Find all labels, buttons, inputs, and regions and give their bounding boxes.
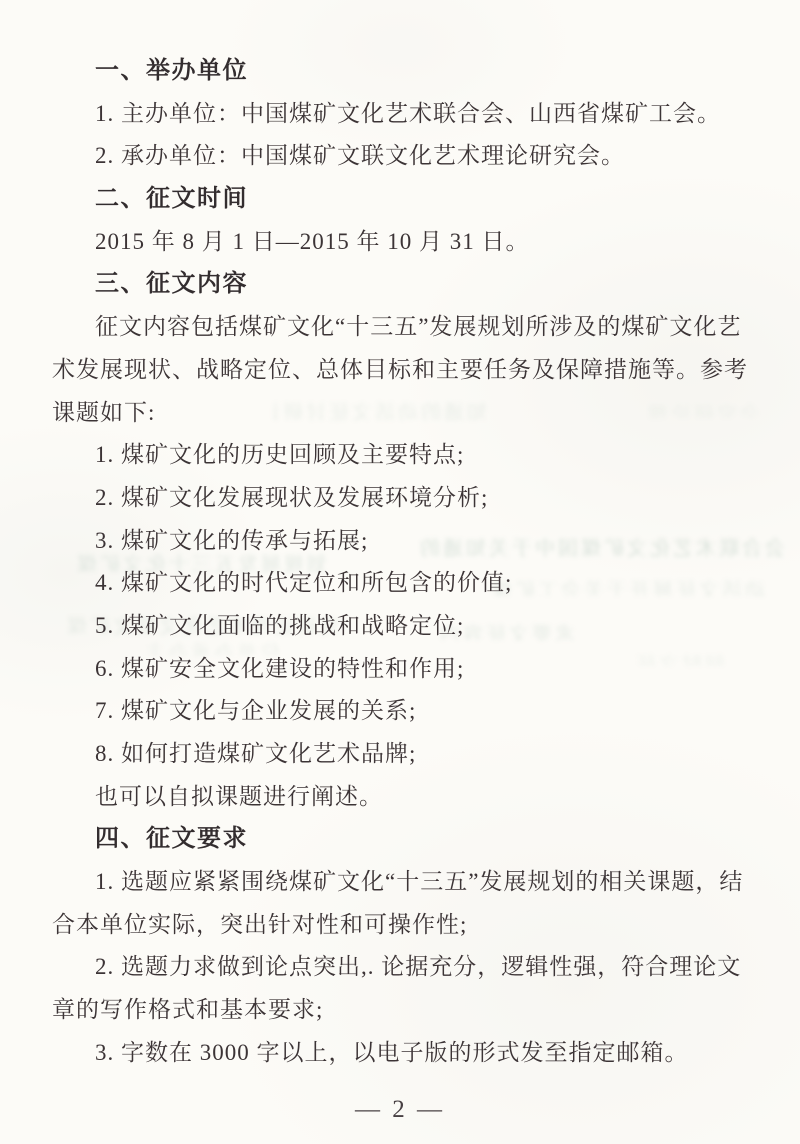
document-body: 一、举办单位1. 主办单位：中国煤矿文化艺术联合会、山西省煤矿工会。2. 承办单… [52,50,752,1075]
section-heading: 三、征文内容 [52,263,752,306]
text-line: 3. 字数在 3000 字以上，以电子版的形式发至指定邮箱。 [52,1032,752,1075]
text-line: 合本单位实际，突出针对性和可操作性; [52,904,752,947]
text-line: 1. 选题应紧紧围绕煤矿文化“十三五”发展规划的相关课题，结 [52,861,752,904]
section-heading: 一、举办单位 [52,50,752,93]
text-line: 术发展现状、战略定位、总体目标和主要任务及保障措施等。参考 [52,349,752,392]
text-line: 4. 煤矿文化的时代定位和所包含的价值; [52,562,752,605]
text-line: 课题如下: [52,392,752,435]
scanned-document-page: 一、举办单位1. 主办单位：中国煤矿文化艺术联合会、山西省煤矿工会。2. 承办单… [0,0,800,1144]
text-line: 2. 承办单位：中国煤矿文联文化艺术理论研究会。 [52,135,752,178]
section-heading: 二、征文时间 [52,178,752,221]
text-line: 也可以自拟课题进行阐述。 [52,776,752,819]
text-line: 1. 煤矿文化的历史回顾及主要特点; [52,434,752,477]
text-line: 6. 煤矿安全文化建设的特性和作用; [52,648,752,691]
section-heading: 四、征文要求 [52,818,752,861]
text-line: 2015 年 8 月 1 日—2015 年 10 月 31 日。 [52,221,752,264]
page-number: — 2 — [0,1096,800,1124]
text-line: 2. 煤矿文化发展现状及发展环境分析; [52,477,752,520]
text-line: 征文内容包括煤矿文化“十三五”发展规划所涉及的煤矿文化艺 [52,306,752,349]
text-line: 3. 煤矿文化的传承与拓展; [52,520,752,563]
text-line: 2. 选题力求做到论点突出,. 论据充分，逻辑性强，符合理论文 [52,946,752,989]
text-line: 7. 煤矿文化与企业发展的关系; [52,690,752,733]
text-line: 章的写作格式和基本要求; [52,989,752,1032]
text-line: 5. 煤矿文化面临的挑战和战略定位; [52,605,752,648]
text-line: 8. 如何打造煤矿文化艺术品牌; [52,733,752,776]
text-line: 1. 主办单位：中国煤矿文化艺术联合会、山西省煤矿工会。 [52,93,752,136]
